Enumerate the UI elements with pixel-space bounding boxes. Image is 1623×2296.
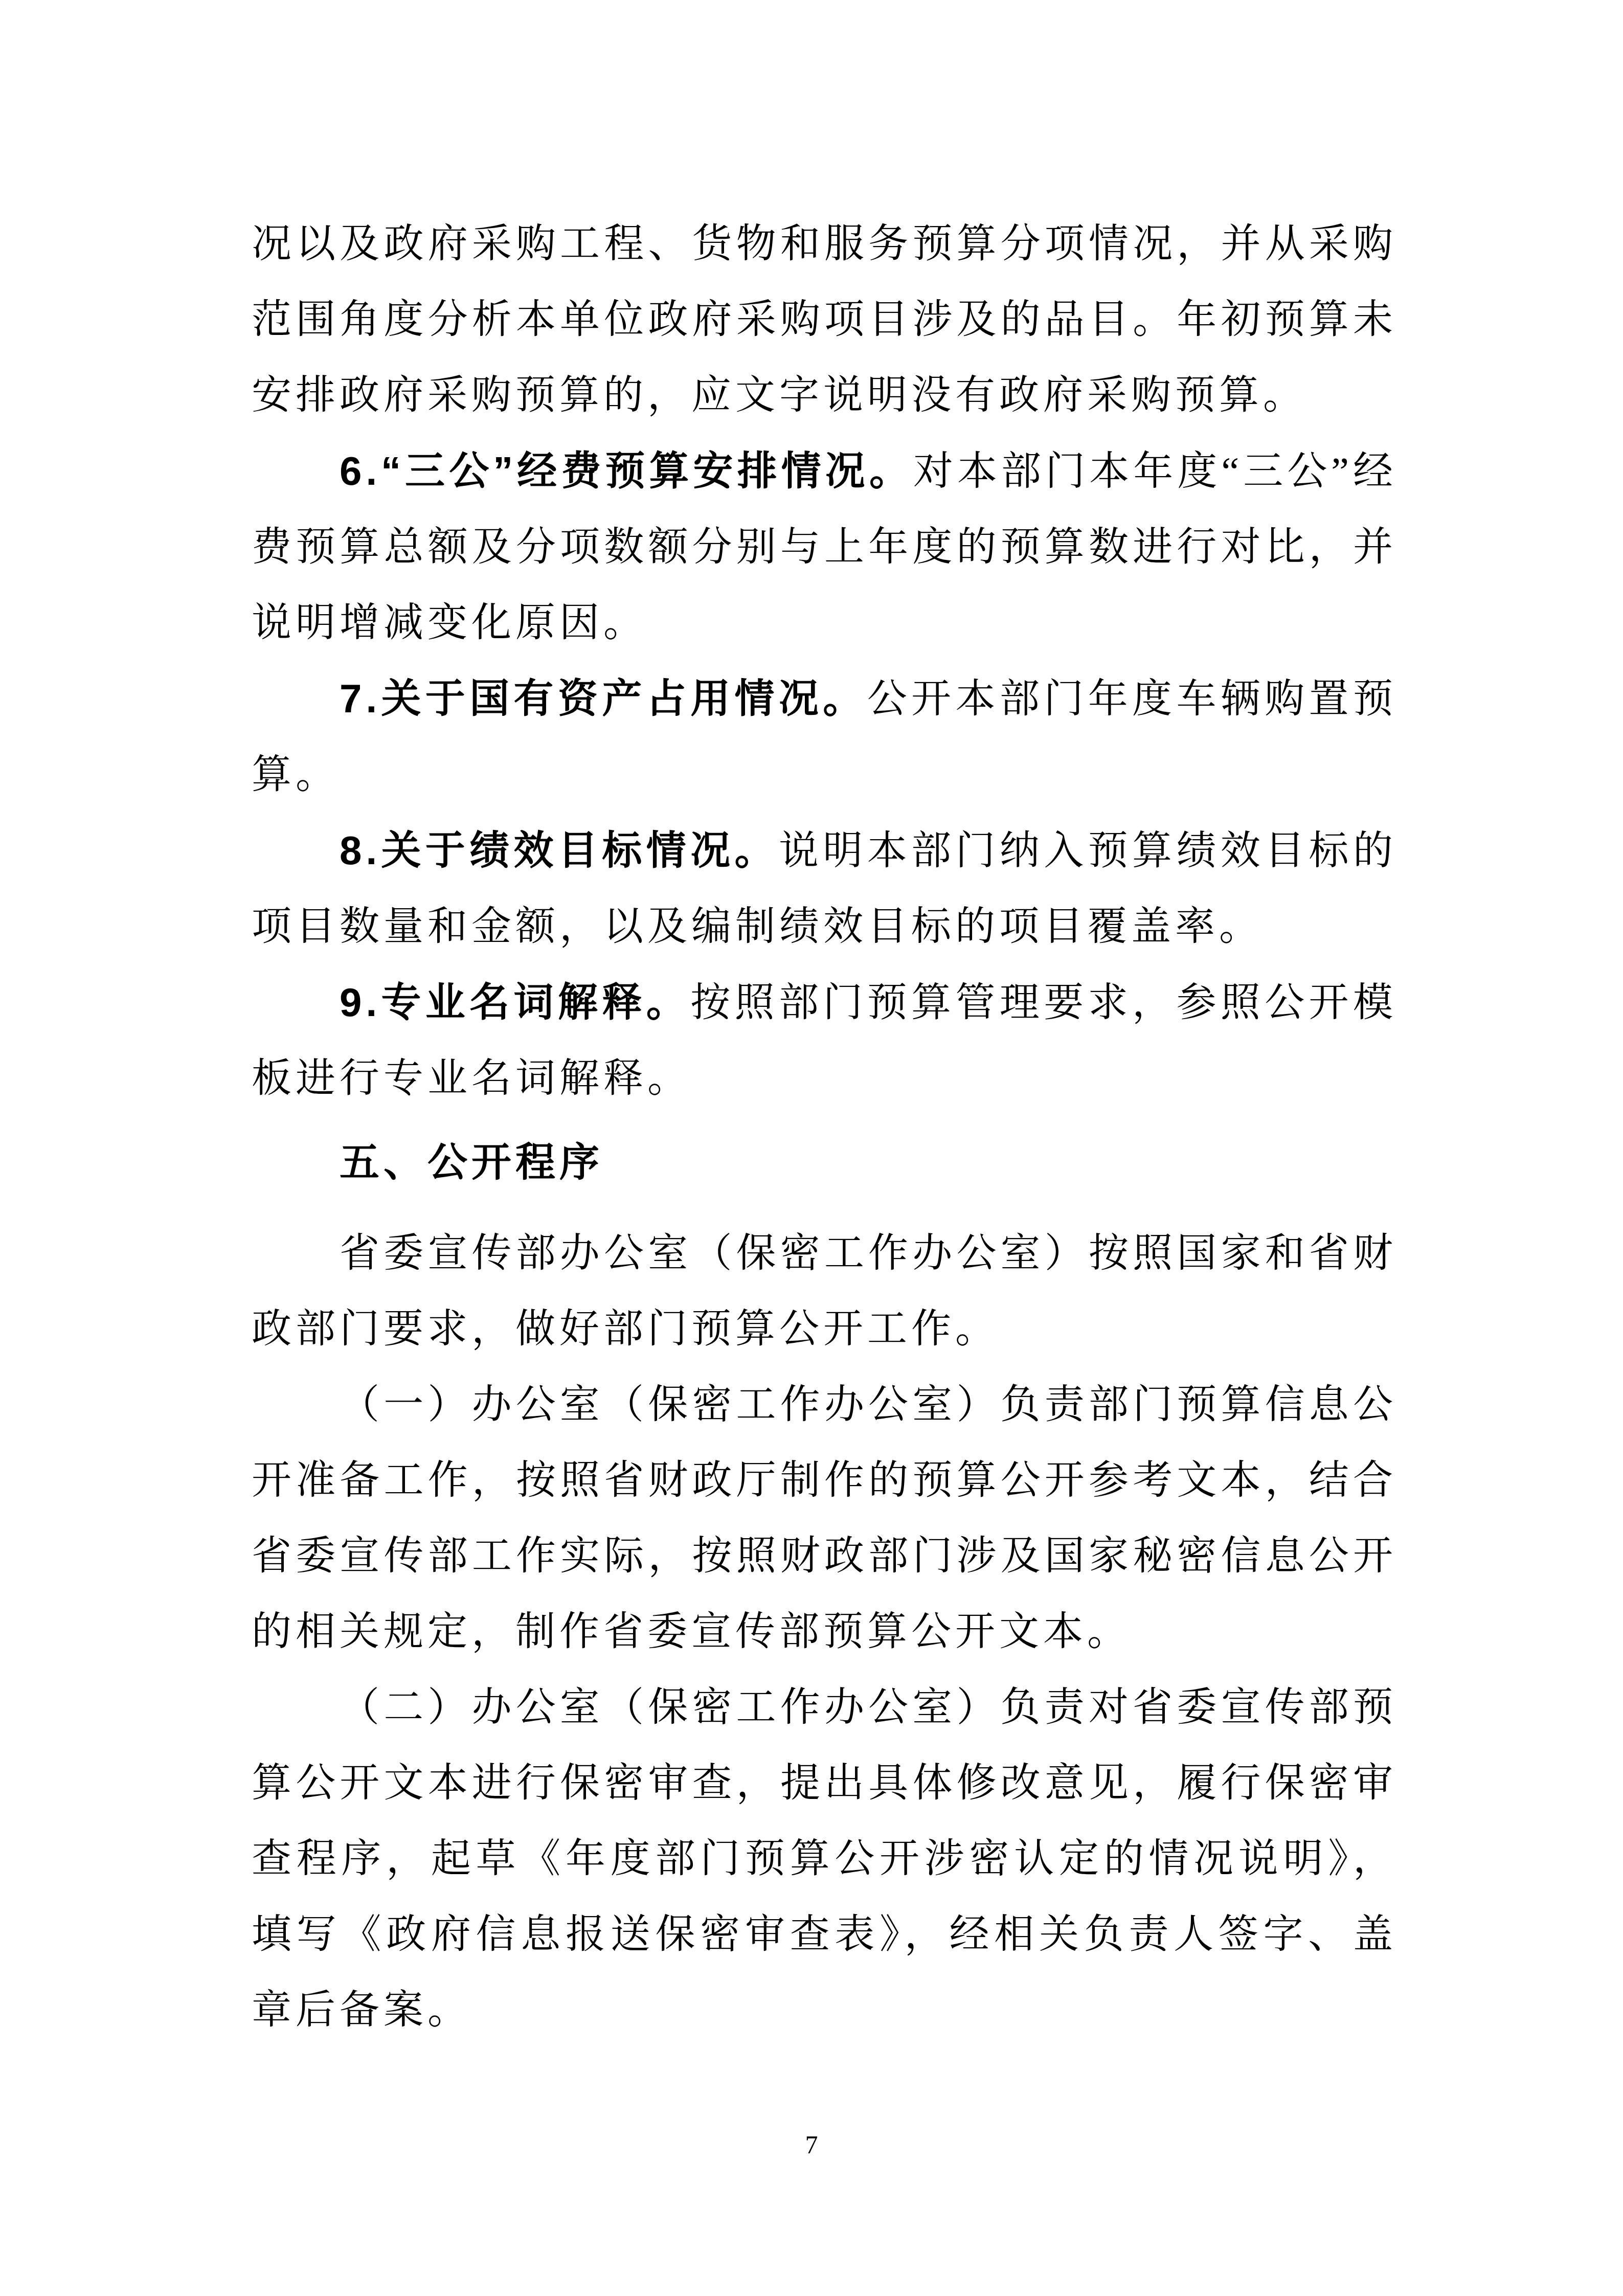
text-run: （二）办公室（保密工作办公室）负责对省委宣传部预算公开文本进行保密审查，提出具体…	[252, 1685, 1397, 2032]
paragraph: 6.“三公”经费预算安排情况。对本部门本年度“三公”经费预算总额及分项数额分别与…	[252, 433, 1397, 661]
section-heading: 五、公开程序	[252, 1124, 1397, 1200]
bold-text-run: 五、公开程序	[340, 1140, 603, 1185]
paragraph: 8.关于绩效目标情况。说明本部门纳入预算绩效目标的项目数量和金额，以及编制绩效目…	[252, 813, 1397, 964]
page-number: 7	[0, 2130, 1623, 2159]
document-body: 况以及政府采购工程、货物和服务预算分项情况，并从采购范围角度分析本单位政府采购项…	[252, 206, 1397, 2048]
text-run: 况以及政府采购工程、货物和服务预算分项情况，并从采购范围角度分析本单位政府采购项…	[252, 221, 1397, 417]
bold-text-run: 8.关于绩效目标情况。	[340, 828, 779, 873]
paragraph: 7.关于国有资产占用情况。公开本部门年度车辆购置预算。	[252, 661, 1397, 813]
bold-text-run: 7.关于国有资产占用情况。	[340, 676, 867, 721]
paragraph: 省委宣传部办公室（保密工作办公室）按照国家和省财政部门要求，做好部门预算公开工作…	[252, 1215, 1397, 1367]
paragraph: 9.专业名词解释。按照部门预算管理要求，参照公开模板进行专业名词解释。	[252, 964, 1397, 1116]
paragraph: （二）办公室（保密工作办公室）负责对省委宣传部预算公开文本进行保密审查，提出具体…	[252, 1670, 1397, 2048]
document-page: 况以及政府采购工程、货物和服务预算分项情况，并从采购范围角度分析本单位政府采购项…	[0, 0, 1623, 2296]
bold-text-run: 9.专业名词解释。	[340, 980, 690, 1025]
bold-text-run: 6.“三公”经费预算安排情况。	[340, 448, 913, 493]
paragraph: （一）办公室（保密工作办公室）负责部门预算信息公开准备工作，按照省财政厅制作的预…	[252, 1367, 1397, 1670]
text-run: 省委宣传部办公室（保密工作办公室）按照国家和省财政部门要求，做好部门预算公开工作…	[252, 1231, 1397, 1351]
paragraph: 况以及政府采购工程、货物和服务预算分项情况，并从采购范围角度分析本单位政府采购项…	[252, 206, 1397, 433]
text-run: （一）办公室（保密工作办公室）负责部门预算信息公开准备工作，按照省财政厅制作的预…	[252, 1382, 1397, 1654]
